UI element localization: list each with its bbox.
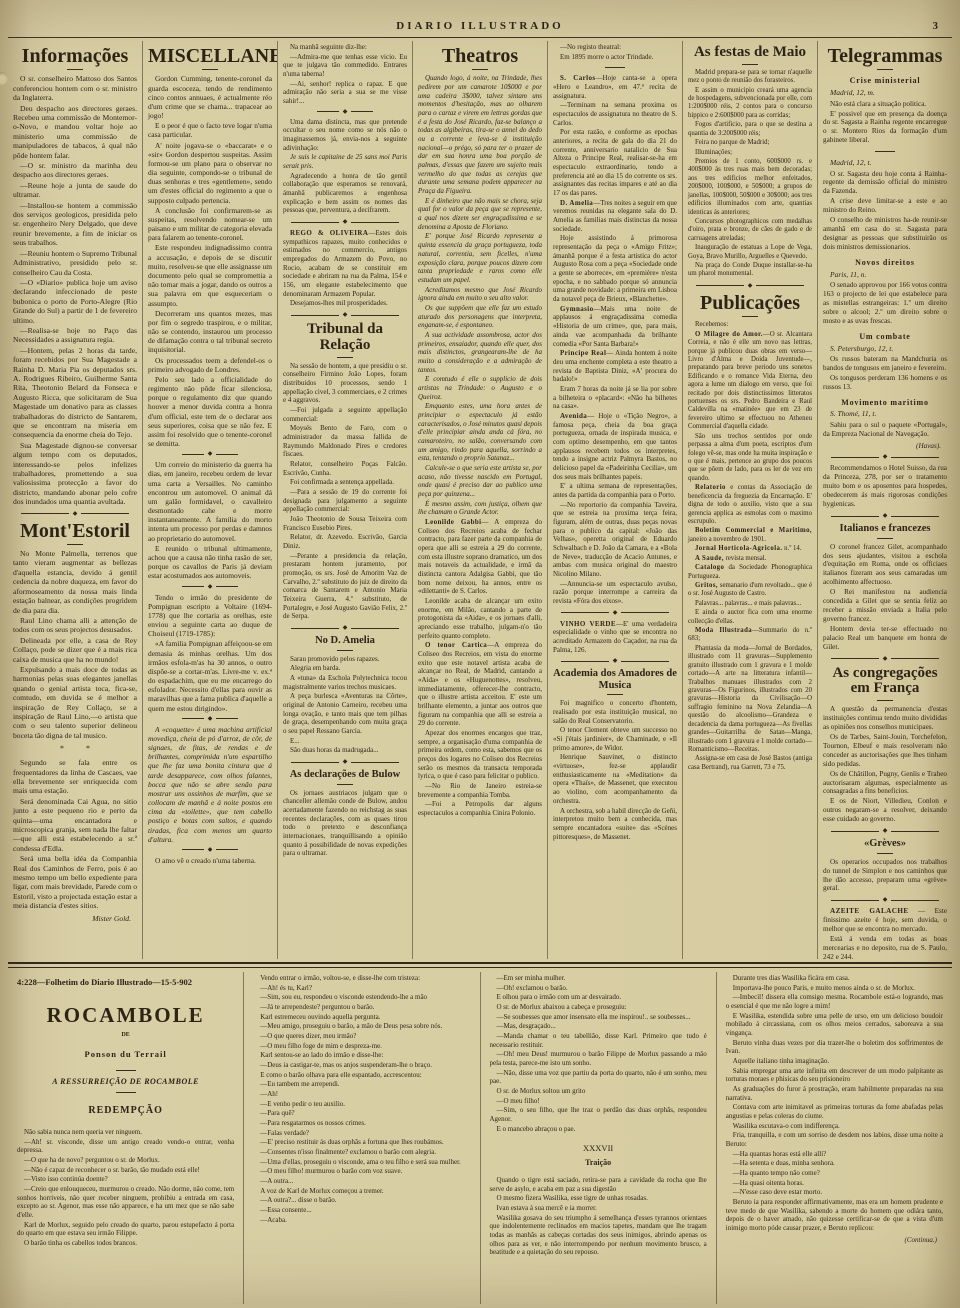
paragraph: VINHO VERDE—E' uma verdadeira especialid… — [553, 620, 677, 655]
section-heading: Tribunal da Relação — [283, 322, 407, 358]
paragraph: —Perante a presidencia da relação, prest… — [283, 552, 407, 621]
section-heading: MISCELLANEA — [148, 46, 272, 70]
paragraph: A Saude, revista mensal. — [688, 555, 812, 563]
paragraph: —Oh! exclamou o barão. — [490, 984, 707, 993]
paragraph: A crise deve limitar-se a este e ao mini… — [823, 197, 947, 215]
paragraph: E ainda o auctor fica com uma enorme col… — [688, 609, 812, 626]
paragraph-lead: A Saude, — [695, 555, 724, 562]
paragraph: —E venho pedir o teu auxilio. — [253, 1100, 470, 1109]
paragraph: A conclusão foi confirmarem-se as suspei… — [148, 206, 272, 243]
paragraph: Na manhã seguinte diz-lhe: — [283, 43, 407, 52]
ornament-separator: ◆ — [831, 513, 939, 519]
paragraph: O Rei manifestou na audiencia concedida … — [823, 588, 947, 624]
telegram-dateline: Paris, 11, n. — [823, 270, 947, 279]
paragraph: Illuminações; — [688, 149, 812, 157]
paragraph: Gordon Cumming, tenente-coronel da guard… — [148, 74, 272, 120]
paragraph: Leonilde Gabbi— A empreza do Coliseo dos… — [418, 518, 542, 596]
paragraph: O Milagre do Amor.—O sr. Alcantara Corre… — [688, 331, 812, 432]
ornament-separator: ◆ — [182, 716, 238, 722]
paragraph: O sr. de Morlux abaixou a cabeça e prose… — [490, 1003, 707, 1012]
paragraph: —Creio que enlouqueceu, murmurou o cread… — [17, 1185, 234, 1220]
section-heading: Academia dos Amadores de Musica — [553, 668, 677, 695]
paragraph: O tenor Cartica—A empreza do Coliseo dos… — [418, 641, 542, 728]
paragraph-lead: Jornal Horticola-Agricola. — [695, 545, 782, 552]
paragraph: Os de Châtillon, Pugny, Genlis e Traheo … — [823, 770, 947, 797]
paragraph: Os jornaes austriacos julgam que o chanc… — [283, 789, 407, 858]
paragraph: Principe Real— Ainda hontem á noite deu … — [553, 349, 677, 384]
paragraph: Importava-lhe pouco Paris, e muito menos… — [726, 984, 943, 993]
paragraph: A «coquette» é uma machina artificial mo… — [148, 725, 272, 844]
paragraph: Foi magnifico o concerto d'hontem, reali… — [553, 699, 677, 725]
paragraph: Decorreram uns quantos mezes, mas por fi… — [148, 309, 272, 355]
section-heading: Theatros — [418, 46, 542, 70]
paragraph: Premios de 1 conto, 600$000 rs. e 400$00… — [688, 158, 812, 217]
paragraph: Na praça do Conde Duque installar-se-ha … — [688, 262, 812, 279]
paragraph: —O «Diario» publica hoje um aviso declar… — [13, 278, 137, 325]
paragraph: —Em ser minha mulher. — [490, 974, 707, 983]
ornament-separator: ◆ — [182, 451, 238, 457]
paragraph: Beruto vinha duas vezes por dia trazer-l… — [726, 1039, 943, 1056]
paragraph: Palavras... palavras... e mais palavras.… — [688, 600, 812, 608]
paragraph: —Ah! és tu, Karl? — [253, 984, 470, 993]
paragraph: E o peor é que o facto teve logar n'uma … — [148, 121, 272, 139]
paragraph: Os tongusos perderam 136 homens e os rus… — [823, 374, 947, 392]
paragraph: Sua Magestade dignou-se conversar algum … — [13, 441, 137, 507]
paragraph: —Para resgatarmos os nossos crimes. — [253, 1119, 470, 1128]
paragraph-lead: Gymnasio — [560, 305, 594, 313]
dash-separator — [116, 1070, 136, 1071]
paragraph: —No Rio de Janeiro estreia-se brevemente… — [418, 782, 542, 799]
paragraph: —A outra?... disse o barão. — [253, 1196, 470, 1205]
paragraph: Tendo o irmão do presidente de Pompignan… — [148, 593, 272, 639]
dash-separator — [875, 151, 895, 152]
paragraph: —Uma d'ellas, proseguiu o visconde, ama … — [253, 1158, 470, 1167]
paragraph: Aquelle italiano tinha imaginação. — [726, 1057, 943, 1066]
folhetim-fchapter: REDEMPÇÃO — [17, 1105, 234, 1117]
paragraph: Os de Tarbes, Saint-Jouin, Torchefelon, … — [823, 733, 947, 769]
paragraph: —N'esse caso deve estar morto. — [726, 1188, 943, 1197]
header-rule — [8, 37, 952, 38]
ornament-separator: ◆ — [21, 511, 129, 517]
signature: (Continua.) — [726, 1236, 937, 1245]
paragraph: Está á venda em todas as boas mercearias… — [823, 935, 947, 959]
paragraph: —Eu tambem me arrependi. — [253, 1080, 470, 1089]
paragraph: Pelo seu lado a officialidade do regimen… — [148, 375, 272, 448]
paragraph: REGO & OLIVEIRA—Estes dois sympathicos r… — [283, 229, 407, 298]
paragraph: Feira no parque de Madrid; — [688, 139, 812, 147]
paragraph: Será uma bella idéa da Companhia Real do… — [13, 854, 137, 910]
paragraph: Eram 7 horas da noite já se lia por sobr… — [553, 385, 677, 411]
folhetim-ftitle: ROCAMBOLE — [17, 1002, 234, 1028]
folhetim-divider — [8, 962, 952, 968]
paragraph: O mesmo fizera Wasilika, esse tigre de u… — [490, 1194, 707, 1203]
paragraph: Vendo entrar o irmão, voltou-se, e disse… — [253, 974, 470, 983]
paragraph: Será denominada Cai Agua, no sitio junto… — [13, 797, 137, 853]
paragraph: —Foi a Petropolis dar alguns espectaculo… — [418, 800, 542, 817]
paragraph: E' possivel que em presença da doença do… — [823, 110, 947, 146]
paragraph: —O que queres dizer, meu irmão? — [253, 1032, 470, 1041]
paragraph: Moysés Bento de Faro, com o administrado… — [283, 424, 407, 459]
paragraph: —Sim, sou eu, respondeu o visconde esten… — [253, 993, 470, 1002]
section-heading: As festas de Maio — [688, 45, 812, 65]
paragraph: Acreditamos mesmo que José Ricardo ignor… — [418, 286, 542, 303]
paragraph: Concursos photographicos com medalhas d'… — [688, 218, 812, 243]
paragraph: Madrid prepara-se para se tornar n'aquel… — [688, 69, 812, 86]
paragraph: —Não é capaz de reconhecer o sr. barão, … — [17, 1166, 234, 1175]
paragraph: Sahiu para o sul o paquete «Portugal», d… — [823, 421, 947, 439]
paragraph: Não está clara a situação politica. — [823, 100, 947, 109]
folhetim-fseries: A RESSURREIÇÃO DE ROCAMBOLE — [17, 1077, 234, 1087]
paragraph: As graduações do furor á prostração, era… — [726, 1085, 943, 1102]
telegram-dateline: Madrid, 12, m. — [823, 88, 947, 97]
paragraph: Recommendamos o Hotel Suisso, da rua da … — [823, 464, 947, 509]
paragraph: Os que suppõem que elle faz um estudo at… — [418, 304, 542, 330]
paragraph: «A familia Pompignan affeiçoou-se em dem… — [148, 639, 272, 712]
paragraph: Gymnasio—Mais uma noite de applausos á e… — [553, 305, 677, 348]
paragraph-lead: AZEITE GALACHE — [830, 907, 909, 915]
paragraph-lead: Avenida — [560, 412, 587, 420]
paragraph: Wasilika gosava do seu triumpho á semelh… — [490, 1214, 707, 1257]
paragraph: —Ai, senhor! replica o rapaz. E que admi… — [283, 80, 407, 106]
paragraph: Agradecendo a honra de tão gentil collab… — [283, 172, 407, 215]
section-heading: Telegrammas — [823, 46, 947, 70]
paragraph: E assim o municipio creará uma agencia d… — [688, 87, 812, 121]
paragraph: Sarau promovido pelos rapazes. — [283, 655, 407, 664]
folhetim-fsub: DE — [17, 1032, 234, 1039]
folhetim-chap: XXXVII — [490, 1143, 707, 1154]
paragraph: Leonilde acaba de alcançar um exito enor… — [418, 597, 542, 640]
paragraph: —Ah! sr. visconde, disse um antigo cread… — [17, 1138, 234, 1155]
paragraph: —Hontem, pelas 2 horas da tarde, foram r… — [13, 346, 137, 440]
paragraph: O sr. Sagasta deu hoje conta á Rainha-re… — [823, 170, 947, 197]
paragraph: Foi confirmada a sentença appellada. — [283, 478, 407, 487]
paragraph: Apezar dos enormes encargos que traz, se… — [418, 729, 542, 781]
column-informacoes: InformaçõesO sr. conselheiro Mattoso dos… — [8, 41, 143, 959]
paragraph: Fogos d'artificio, para o que se destina… — [688, 121, 812, 138]
paragraph-lead: REGO & OLIVEIRA — [290, 229, 368, 237]
section-heading: «Grèves» — [823, 838, 947, 854]
paragraph: Moda Illustrada—Summario do n.º 683; — [688, 627, 812, 644]
ornament-separator: ◆ — [831, 656, 939, 662]
signature: (Havas). — [823, 442, 941, 451]
paragraph: Karl estremeceu ouvindo aquella pergunta… — [253, 1013, 470, 1022]
paragraph-lead: VINHO VERDE — [560, 620, 616, 628]
paragraph: O coronel francez Gilet, acompanhado dos… — [823, 543, 947, 588]
paragraph: Segundo se fala entre os frequentadores … — [13, 758, 137, 796]
paragraph: S. Carlos—Hoje canta-se a opera «Hero e … — [553, 74, 677, 100]
paragraph: Expulsando a mais doce de todas as harmo… — [13, 665, 137, 740]
paragraph: Recebemos: — [688, 321, 812, 329]
paragraph: A' noite jogava-se o «baccarat» e o «sir… — [148, 141, 272, 205]
telegram-dateline: Madrid, 12, t. — [823, 158, 947, 167]
paragraph: Não sabia nunca nem queria ver ninguem. — [17, 1128, 234, 1137]
paragraph: Durante tres dias Wasilika ficára em cas… — [726, 974, 943, 983]
ornament-separator: ◆ — [561, 658, 669, 664]
paragraph: Em 1895 morre o actor Trindade. — [553, 53, 677, 62]
paragraph: —Visto isso continúa doente? — [17, 1175, 234, 1184]
paragraph: No Monte Palmella, terrenos que tanto vi… — [13, 549, 137, 615]
paragraph: Sabia empregar uma arte infinita em desc… — [726, 1067, 943, 1084]
folhetim-section: 4:228—Folhetim do Diario Illustrado—15-5… — [8, 972, 952, 1304]
paragraph: E' porque José Ricardo representa a quin… — [418, 232, 542, 284]
paragraph: —O que ha de novo? perguntou o sr. de Mo… — [17, 1156, 234, 1165]
paragraph: O sr. conselheiro Mattoso dos Santos con… — [13, 74, 137, 102]
folhetim-fh: 4:228—Folhetim do Diario Illustrado—15-5… — [17, 977, 234, 988]
column-theatros: TheatrosQuando logo, á noite, na Trindad… — [413, 41, 548, 959]
paragraph: —Terminam na semana proxima os espectacu… — [553, 101, 677, 127]
paragraph: Karl de Morlux, seguido pelo creado do q… — [17, 1221, 234, 1238]
paragraph: Beruto ia para responder affirmativament… — [726, 1198, 943, 1233]
paragraph: Inauguração de estatuas a Lope de Vega, … — [688, 244, 812, 261]
paragraph: —Acaba. — [253, 1216, 470, 1225]
paragraph: —Annuncia-se um espectaculo avulso, razã… — [553, 580, 677, 606]
paragraph: —Meu amigo, proseguiu o barão, a mão de … — [253, 1022, 470, 1031]
paragraph: —A outra... — [253, 1177, 470, 1186]
page-header: DIARIO ILLUSTRADO 3 — [0, 20, 960, 34]
paragraph: Karl sentou-se ao lado do irmão e disse-… — [253, 1051, 470, 1060]
paragraph: Contava com arte inimitavel as primeiras… — [726, 1103, 943, 1120]
paragraph: A voz de Karl de Morlux começou a tremer… — [253, 1187, 470, 1196]
paragraph: A «tuna» da Eschola Polytechnica tocou m… — [283, 674, 407, 691]
paragraph: São uns trechos sentidos por onde perpas… — [688, 433, 812, 484]
folhetim-column-3: —Em ser minha mulher.—Oh! exclamou o bar… — [481, 972, 717, 1304]
paragraph: A peça burlesca «Aventuras na Côrte», or… — [283, 692, 407, 735]
paragraph: —Ha setenta e duas, minha senhora. — [726, 1159, 943, 1168]
paragraph: Je suis le capitaine de 25 sans moi Pari… — [283, 153, 407, 170]
paragraph-lead: Boletim Commercial e Maritimo, — [695, 527, 812, 534]
paragraph: —No registo theatral: — [553, 43, 677, 52]
paragraph: Relator, conselheiro Poças Falcão. Escri… — [283, 460, 407, 477]
ornament-separator: ◆ — [291, 759, 399, 765]
telegram-dateline: S. Thomé, 11, t. — [823, 409, 947, 418]
paragraph: AZEITE GALACHE — Este finissimo azeite é… — [823, 907, 947, 934]
column-miscellanea-cont: Na manhã seguinte diz-lhe:—Admira-me que… — [278, 41, 413, 959]
paragraph: A sua actividade assombrosa, actor dos p… — [418, 331, 542, 374]
section-heading: Informações — [13, 46, 137, 70]
paragraph: —Deus ia castigar-te, mas os anjos suspe… — [253, 1061, 470, 1070]
section-heading: Publicações — [688, 293, 812, 317]
telegram-subhead: Novos direitos — [823, 258, 947, 268]
ornament-separator: ◆ — [831, 454, 939, 460]
folhetim-title-column: 4:228—Folhetim do Diario Illustrado—15-5… — [8, 972, 244, 1304]
telegram-subhead: Um combate — [823, 332, 947, 342]
paragraph: Desejamos-lhes mil prosperidades. — [283, 299, 407, 308]
section-heading: Italianos e francezes — [823, 523, 947, 539]
section-heading: No D. Amelia — [283, 635, 407, 651]
paragraph-lead: O tenor Cartica — [425, 641, 487, 649]
paragraph: —Foi julgada a seguinte appellação comme… — [283, 406, 407, 423]
paragraph: —Ah! — [253, 1090, 470, 1099]
paragraph: Relator, dr. Azevedo. Escrivão, Garcia D… — [283, 533, 407, 550]
paragraph-lead: Moda Illustrada — [695, 627, 752, 634]
paragraph: O senado approvou por 166 votos contra 1… — [823, 281, 947, 326]
paragraph: Alegria em barda. — [283, 664, 407, 673]
paragraph-lead: S. Carlos — [560, 74, 596, 82]
paragraph: —Essa consente... — [253, 1206, 470, 1215]
dash-separator — [605, 67, 625, 68]
paragraph: Um correio do ministerio da guerra ha di… — [148, 460, 272, 543]
ornament-separator: ◆ — [696, 283, 804, 289]
paragraph: E olhou para o irmão com um ar desvairad… — [490, 993, 707, 1002]
paragraph-lead: D. Amelia — [560, 199, 593, 207]
paragraph: —Para a sessão de 19 do corrente foi des… — [283, 488, 407, 514]
paragraph: Calcule-se o que seria este artista se, … — [418, 464, 542, 499]
ornament-separator: ◆ — [831, 897, 939, 903]
paragraph: E como o barão olhava para elle espantad… — [253, 1071, 470, 1080]
paragraph: —Oh! meu Deus! murmurou o barão Filippe … — [490, 1050, 707, 1067]
ornament-separator: ◆ — [317, 109, 373, 115]
paragraph: Na sessão de hontem, a que presidiu o sr… — [283, 362, 407, 405]
paragraph: E comtudo é elle o supplicio de dois art… — [418, 375, 542, 401]
paragraph: —Imbecil! dissera ella comsigo mesma. Ro… — [726, 993, 943, 1010]
paragraph: Hoje assistindo á primorosa representaçã… — [553, 234, 677, 303]
ornament-separator: ◆ — [291, 312, 399, 318]
paragraph: —No reportorio da companhia Taveira, que… — [553, 501, 677, 579]
paragraph: —Manda chamar o teu tabellião, disse Kar… — [490, 1032, 707, 1049]
paragraph: —Sim, o seu filho, que lhe traz o perdão… — [490, 1106, 707, 1123]
paragraph: —O meu filho foge de mim e despreza-me. — [253, 1042, 470, 1051]
paragraph: O amo vê o creado n'uma taberna. — [148, 856, 272, 865]
main-columns: InformaçõesO sr. conselheiro Mattoso dos… — [8, 41, 952, 959]
paragraph: Jornal Horticola-Agricola. n.º 14. — [688, 545, 812, 553]
paragraph: —Reuniu hontem o Supremo Tribunal Admini… — [13, 249, 137, 277]
folhetim-column-4: Durante tres dias Wasilika ficára em cas… — [717, 972, 952, 1304]
paragraph: Os processados teem a defendel-os o prim… — [148, 356, 272, 374]
paragraph: —Para quê? — [253, 1109, 470, 1118]
paragraph: —Consentes n'isso finalmente? exclamou o… — [253, 1148, 470, 1157]
paragraph-lead: Relatorio — [695, 484, 726, 491]
paragraph: —O meu filho! murmurou o barão com voz s… — [253, 1167, 470, 1176]
paragraph: Delineada por elle, a casa de Rey Collaç… — [13, 636, 137, 664]
paragraph: E' a ultima semana de representações, an… — [553, 482, 677, 499]
paragraph-lead: Principe Real — [560, 349, 606, 357]
paragraph: Assigna-se em casa de José Bastos (antig… — [688, 755, 812, 772]
paragraph: Os operarios occupados nos trabalhos do … — [823, 858, 947, 894]
paragraph: O barão tinha os cabellos todos brancos. — [17, 1239, 234, 1248]
paragraph: São duas horas da madrugada... — [283, 746, 407, 755]
paragraph-lead: Catalogo — [695, 564, 724, 571]
ornament-separator: ◆ — [291, 625, 399, 631]
telegram-subhead: Movimento maritimo — [823, 398, 947, 408]
paragraph: E... — [283, 737, 407, 746]
paragraph: Emquanto estes, uma hora antes de princi… — [418, 402, 542, 463]
column-miscellanea: MISCELLANEAGordon Cumming, tenente-coron… — [143, 41, 278, 959]
scan-artifact — [0, 72, 8, 85]
paragraph: Quando logo, á noite, na Trindade, lhes … — [418, 74, 542, 195]
paragraph: Raul Lino chama alli a attenção de todos… — [13, 616, 137, 635]
folhetim-fauthor: Ponson du Terrail — [17, 1049, 234, 1060]
paragraph-lead: O Milagre do Amor. — [695, 331, 763, 338]
paragraph: —O meu filho! — [490, 1097, 707, 1106]
telegram-subhead: Crise ministerial — [823, 76, 947, 86]
folhetim-column-2: Vendo entrar o irmão, voltou-se, e disse… — [244, 972, 480, 1304]
paragraph: João Theotonio de Sousa Teixeira com Fra… — [283, 515, 407, 532]
paragraph: Este respondeu indignadissimo contra a a… — [148, 243, 272, 307]
paragraph: —Admira-me que tenhas esse vicio. Eu que… — [283, 53, 407, 79]
paragraph: Quando o tigre está saciado, retira-se p… — [490, 1176, 707, 1193]
ornament-separator: ◆ — [182, 584, 238, 590]
paragraph: Relatorio e contas da Associação de bene… — [688, 484, 812, 526]
paragraph: É mesmo assim, com justiça, olhem que lh… — [418, 500, 542, 517]
asterism-separator: * * — [13, 744, 137, 754]
paragraph: Fria, tranquilla, e com um sorriso de de… — [726, 1131, 943, 1148]
paragraph: —Ha quasi oitenta horas. — [726, 1179, 943, 1188]
paragraph: O conselho de ministros ha-de reunir-se … — [823, 216, 947, 252]
paragraph: Hontem devia ter-se effectuado no palaci… — [823, 625, 947, 652]
ornament-separator: ◆ — [291, 219, 399, 225]
paragraph: —Já te arrependeste? perguntou o barão. — [253, 1003, 470, 1012]
paragraph: E reunido o tribunal ultimamente, achou … — [148, 544, 272, 581]
paragraph: Avenida— Hoje o «Tição Negro», a famosa … — [553, 412, 677, 481]
paragraph: —Se soubesses que amor insensato ella me… — [490, 1013, 707, 1022]
masthead-title: DIARIO ILLUSTRADO — [0, 20, 960, 32]
paragraph: Uma dama distincta, mas que pretende occ… — [283, 118, 407, 153]
paragraph: E Wasilika, estendida sobre uma pelle de… — [726, 1012, 943, 1038]
paragraph: E o mancebo abraçou o pae. — [490, 1125, 707, 1134]
paragraph: —Ha quanto tempo não come? — [726, 1169, 943, 1178]
paragraph: —Ha quantas horas está elle alli? — [726, 1150, 943, 1159]
column-festas-publicacoes: As festas de MaioMadrid prepara-se para … — [683, 41, 818, 959]
paragraph: A questão da permanencia d'estas institu… — [823, 705, 947, 732]
paragraph: Gritos, semanario d'um revoltado... que … — [688, 582, 812, 599]
paragraph: —Falas verdade? — [253, 1129, 470, 1138]
folhetim-chapsub: Traição — [490, 1158, 707, 1168]
section-heading: Mont'Estoril — [13, 521, 137, 545]
ornament-separator: ◆ — [182, 847, 238, 853]
paragraph: Os russos bateram na Mandchuria os bando… — [823, 355, 947, 373]
paragraph: —E' preciso restituir ás duas orphãs a f… — [253, 1138, 470, 1147]
paragraph: —Installou-se hontem a commissão dos ser… — [13, 201, 137, 248]
paragraph: D. Amelia—Tres noites a seguir em que ve… — [553, 199, 677, 234]
paragraph: Por esta razão, e conforme as epochas an… — [553, 128, 677, 197]
paragraph-lead: Gritos, — [695, 582, 718, 589]
paragraph: Phantasia da moda—Jornal de Bordados, il… — [688, 645, 812, 754]
paragraph: Boletim Commercial e Maritimo, janeiro a… — [688, 527, 812, 544]
paragraph: —Realisa-se hoje no Paço das Necessidade… — [13, 326, 137, 345]
newspaper-page: DIARIO ILLUSTRADO 3 InformaçõesO sr. con… — [0, 0, 960, 1308]
paragraph: Wasilika escutava-o com indifferença. — [726, 1122, 943, 1131]
paragraph: E é dinheiro que não mais se chora, seja… — [418, 197, 542, 232]
paragraph: Henrique Sauvinet, o distincto «virtuose… — [553, 753, 677, 805]
paragraph: Catalogo da Sociedade Phonographica Port… — [688, 564, 812, 581]
telegram-dateline: S. Petersburgo, 12, t. — [823, 344, 947, 353]
paragraph: —O sr. ministro da marinha deu despacho … — [13, 161, 137, 180]
paragraph-lead: Leonilde Gabbi — [425, 518, 482, 526]
ornament-separator: ◆ — [831, 828, 939, 834]
section-heading: As congregações em França — [823, 666, 947, 702]
column-telegrammas: TelegrammasCrise ministerialMadrid, 12, … — [818, 41, 952, 959]
dash-separator — [116, 1092, 136, 1093]
section-heading: As declarações de Bulow — [283, 769, 407, 785]
paragraph: A orchestra, sob a habil direcção de Geñ… — [553, 807, 677, 842]
paragraph: O sr. de Morlux soltou um grito — [490, 1087, 707, 1096]
paragraph: Deu despacho aos directores geraes. Rece… — [13, 104, 137, 160]
paragraph: Ivan estava á sua mercê e ia morrer. — [490, 1204, 707, 1213]
signature: Mister Gold. — [13, 914, 131, 923]
column-theatros-cont: —No registo theatral:Em 1895 morre o act… — [548, 41, 683, 959]
ornament-separator: ◆ — [561, 610, 669, 616]
page-number: 3 — [933, 20, 939, 32]
paragraph: —Reune hoje a junta de saude do ultramar… — [13, 181, 137, 200]
paragraph: O tenor Clement obteve um successo no «S… — [553, 726, 677, 752]
paragraph: —Mas, desgraçado... — [490, 1022, 707, 1031]
paragraph: E os de Niort, Villedieu, Conlon e outro… — [823, 797, 947, 824]
paragraph: —Não, disse uma voz que partiu da porta … — [490, 1069, 707, 1086]
